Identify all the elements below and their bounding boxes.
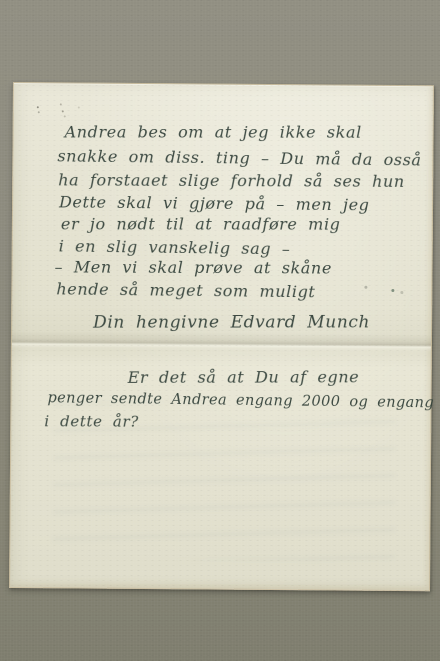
signature-line: Din hengivne Edvard Munch — [93, 314, 370, 331]
paper-damage-specks — [37, 106, 39, 108]
handwriting-line-5: er jo nødt til at raadføre mig — [61, 216, 341, 232]
letter-paper: Andrea bes om at jeg ikke skal snakke om… — [9, 82, 434, 591]
handwriting-line-6: i en slig vanskelig sag – — [59, 238, 291, 257]
handwriting-line-8: hende så meget som muligt — [56, 281, 315, 300]
postscript-line-3: i dette år? — [44, 414, 139, 429]
stray-ink-marks — [364, 286, 367, 289]
postscript-line-1: Er det så at Du af egne — [128, 369, 360, 386]
handwriting-line-3: ha forstaaet slige forhold så ses hun — [58, 172, 405, 190]
handwriting-line-1: Andrea bes om at jeg ikke skal — [65, 124, 362, 140]
handwriting-line-4: Dette skal vi gjøre på – men jeg — [59, 194, 370, 213]
handwriting-line-2: snakke om diss. ting – Du må da osså — [57, 148, 421, 168]
photo-backdrop: Andrea bes om at jeg ikke skal snakke om… — [0, 0, 440, 661]
fold-crease — [12, 331, 431, 352]
handwriting-line-7: – Men vi skal prøve at skåne — [55, 259, 332, 276]
